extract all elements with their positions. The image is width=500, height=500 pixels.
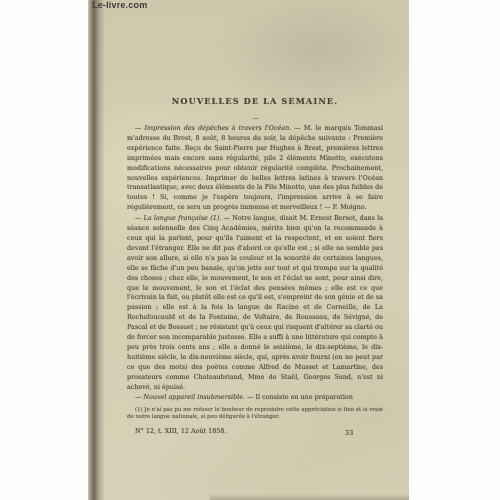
book-page-scan: Le-livre.com NOUVELLES DE LA SEMAINE. — … xyxy=(88,0,409,500)
product-photo-canvas: Le-livre.com NOUVELLES DE LA SEMAINE. — … xyxy=(0,0,500,500)
paragraph-body: Notre langue, disait M. Ernest Bersot, d… xyxy=(127,214,383,390)
paragraph-langue-francaise: — La langue française (1). — Notre langu… xyxy=(127,214,383,392)
paragraph-appareil-insubmersible: — Nouvel appareil insubmersible. — Il co… xyxy=(127,393,383,403)
paragraph-body: M. le marquis Tommasi m'adresse du Brest… xyxy=(127,124,383,211)
page-gutter-shadow xyxy=(88,0,105,500)
body-text: — Impression des dépêches à travers l'Oc… xyxy=(127,124,383,406)
issue-line: N° 12, t. XIII, 12 Août 1858. xyxy=(135,427,226,435)
paragraph-lead: — Nouvel appareil insubmersible. — xyxy=(135,393,253,401)
page-content: NOUVELLES DE LA SEMAINE. — — Impression … xyxy=(127,0,383,500)
paragraph-telegraph: — Impression des dépêches à travers l'Oc… xyxy=(127,124,383,213)
page-footer: N° 12, t. XIII, 12 Août 1858. 33 xyxy=(127,427,383,439)
section-title: NOUVELLES DE LA SEMAINE. xyxy=(127,96,383,106)
paragraph-body: Il consiste en une préparation xyxy=(256,393,353,401)
page-number: 33 xyxy=(345,429,353,437)
title-ornament: — xyxy=(248,116,262,122)
paragraph-lead: — Impression des dépêches à travers l'Oc… xyxy=(135,124,301,132)
footnote: (1) Je n'ai pas pu me refuser le bonheur… xyxy=(127,407,383,422)
paragraph-lead: — La langue française (1). — xyxy=(135,214,230,222)
